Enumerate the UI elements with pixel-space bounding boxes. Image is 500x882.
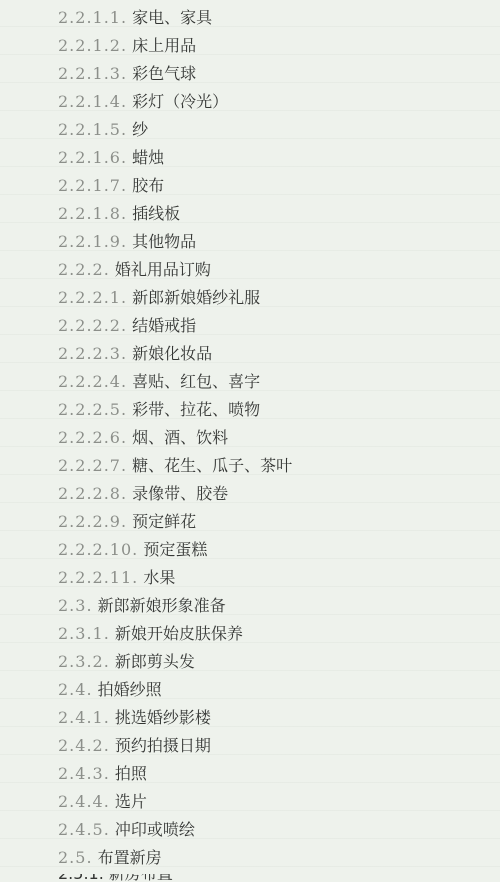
item-label: 新郎剪头发 xyxy=(115,652,195,671)
outline-item: 2.2.1.1. 家电、家具 xyxy=(58,4,292,32)
item-label: 新娘化妆品 xyxy=(132,344,212,363)
item-label: 预定蛋糕 xyxy=(143,540,207,559)
outline-item: 2.4. 拍婚纱照 xyxy=(58,676,292,704)
item-number: 2.2.1.1. xyxy=(58,8,127,27)
item-label: 新郎新娘形象准备 xyxy=(98,596,226,615)
item-number: 2.2.2.6. xyxy=(58,428,127,447)
outline-item: 2.2.1.9. 其他物品 xyxy=(58,228,292,256)
item-label: 挑选婚纱影楼 xyxy=(115,708,211,727)
outline-item: 2.2.2.10. 预定蛋糕 xyxy=(58,536,292,564)
outline-item: 2.2.2.7. 糖、花生、瓜子、茶叶 xyxy=(58,452,292,480)
outline-item: 2.2.2.2. 结婚戒指 xyxy=(58,312,292,340)
item-label: 新郎新娘婚纱礼服 xyxy=(132,288,260,307)
item-label: 床上用品 xyxy=(132,36,196,55)
item-number: 2.3.2. xyxy=(58,652,110,671)
item-number: 2.2.2.10. xyxy=(58,540,138,559)
item-label: 选片 xyxy=(115,792,147,811)
outline-item: 2.4.5. 冲印或喷绘 xyxy=(58,816,292,844)
item-label: 录像带、胶卷 xyxy=(132,484,228,503)
outline-item: 2.2.2.9. 预定鲜花 xyxy=(58,508,292,536)
item-label: 彩带、拉花、喷物 xyxy=(132,400,260,419)
item-number: 2.2.1.6. xyxy=(58,148,127,167)
item-label: 纱 xyxy=(132,120,148,139)
item-number: 2.2.2.4. xyxy=(58,372,127,391)
item-label: 喜贴、红包、喜字 xyxy=(132,372,260,391)
item-number: 2.2.2.7. xyxy=(58,456,127,475)
outline-item: 2.2.1.5. 纱 xyxy=(58,116,292,144)
outline-item: 2.2.1.2. 床上用品 xyxy=(58,32,292,60)
outline-item: 2.3.2. 新郎剪头发 xyxy=(58,648,292,676)
item-label: 彩灯（冷光） xyxy=(132,92,228,111)
item-number: 2.2.1.7. xyxy=(58,176,127,195)
item-label: 预定鲜花 xyxy=(132,512,196,531)
outline-item: 2.4.1. 挑选婚纱影楼 xyxy=(58,704,292,732)
item-label: 水果 xyxy=(143,568,175,587)
item-label: 布置新房 xyxy=(98,848,162,867)
item-number: 2.2.2.8. xyxy=(58,484,127,503)
outline-item: 2.2.2.1. 新郎新娘婚纱礼服 xyxy=(58,284,292,312)
cutoff-line: 2.5.1. 新房布置 xyxy=(58,874,288,882)
item-label: 拍照 xyxy=(115,764,147,783)
outline-item: 2.4.2. 预约拍摄日期 xyxy=(58,732,292,760)
outline-item: 2.2.1.7. 胶布 xyxy=(58,172,292,200)
item-number: 2.2.2.3. xyxy=(58,344,127,363)
item-label: 拍婚纱照 xyxy=(98,680,162,699)
item-number: 2.2.1.4. xyxy=(58,92,127,111)
item-label: 胶布 xyxy=(132,176,164,195)
item-number: 2.4.5. xyxy=(58,820,110,839)
document-page: 2.2.1.1. 家电、家具 2.2.1.2. 床上用品 2.2.1.3. 彩色… xyxy=(0,0,500,882)
item-number: 2.4.1. xyxy=(58,708,110,727)
item-label: 新娘开始皮肤保养 xyxy=(115,624,243,643)
item-number: 2.2.2.5. xyxy=(58,400,127,419)
outline-item: 2.2.1.4. 彩灯（冷光） xyxy=(58,88,292,116)
outline-item: 2.5. 布置新房 xyxy=(58,844,292,872)
item-label: 蜡烛 xyxy=(132,148,164,167)
item-number: 2.5. xyxy=(58,848,93,867)
item-label: 插线板 xyxy=(132,204,180,223)
item-label: 其他物品 xyxy=(132,232,196,251)
item-number: 2.2.2.11. xyxy=(58,568,138,587)
item-number: 2.2.1.2. xyxy=(58,36,127,55)
outline-item: 2.3.1. 新娘开始皮肤保养 xyxy=(58,620,292,648)
item-number: 2.2.2.9. xyxy=(58,512,127,531)
outline-item: 2.2.2.11. 水果 xyxy=(58,564,292,592)
item-label: 家电、家具 xyxy=(132,8,212,27)
outline-item: 2.2.1.3. 彩色气球 xyxy=(58,60,292,88)
item-label: 冲印或喷绘 xyxy=(115,820,195,839)
item-label: 彩色气球 xyxy=(132,64,196,83)
item-label: 婚礼用品订购 xyxy=(115,260,211,279)
item-number: 2.2.1.5. xyxy=(58,120,127,139)
outline-item: 2.2.1.6. 蜡烛 xyxy=(58,144,292,172)
item-number: 2.2.2.1. xyxy=(58,288,127,307)
item-number: 2.2.1.9. xyxy=(58,232,127,251)
outline-item: 2.2.2.5. 彩带、拉花、喷物 xyxy=(58,396,292,424)
outline-item: 2.2.2.6. 烟、酒、饮料 xyxy=(58,424,292,452)
item-number: 2.3.1. xyxy=(58,624,110,643)
item-label: 结婚戒指 xyxy=(132,316,196,335)
item-number: 2.2.2.2. xyxy=(58,316,127,335)
outline-item: 2.2.1.8. 插线板 xyxy=(58,200,292,228)
item-label: 预约拍摄日期 xyxy=(115,736,211,755)
item-number: 2.3. xyxy=(58,596,93,615)
item-number: 2.4.2. xyxy=(58,736,110,755)
outline-item: 2.2.2.4. 喜贴、红包、喜字 xyxy=(58,368,292,396)
item-number: 2.2.1.3. xyxy=(58,64,127,83)
item-label: 烟、酒、饮料 xyxy=(132,428,228,447)
outline-item: 2.4.3. 拍照 xyxy=(58,760,292,788)
item-label: 糖、花生、瓜子、茶叶 xyxy=(132,456,292,475)
cutoff-text: 2.5.1. 新房布置 xyxy=(58,874,288,882)
outline-list: 2.2.1.1. 家电、家具 2.2.1.2. 床上用品 2.2.1.3. 彩色… xyxy=(58,4,292,872)
outline-item: 2.2.2.8. 录像带、胶卷 xyxy=(58,480,292,508)
outline-item: 2.2.2. 婚礼用品订购 xyxy=(58,256,292,284)
outline-item: 2.3. 新郎新娘形象准备 xyxy=(58,592,292,620)
item-number: 2.4.4. xyxy=(58,792,110,811)
item-number: 2.4. xyxy=(58,680,93,699)
outline-item: 2.2.2.3. 新娘化妆品 xyxy=(58,340,292,368)
item-number: 2.2.2. xyxy=(58,260,110,279)
item-number: 2.2.1.8. xyxy=(58,204,127,223)
outline-item: 2.4.4. 选片 xyxy=(58,788,292,816)
item-number: 2.4.3. xyxy=(58,764,110,783)
